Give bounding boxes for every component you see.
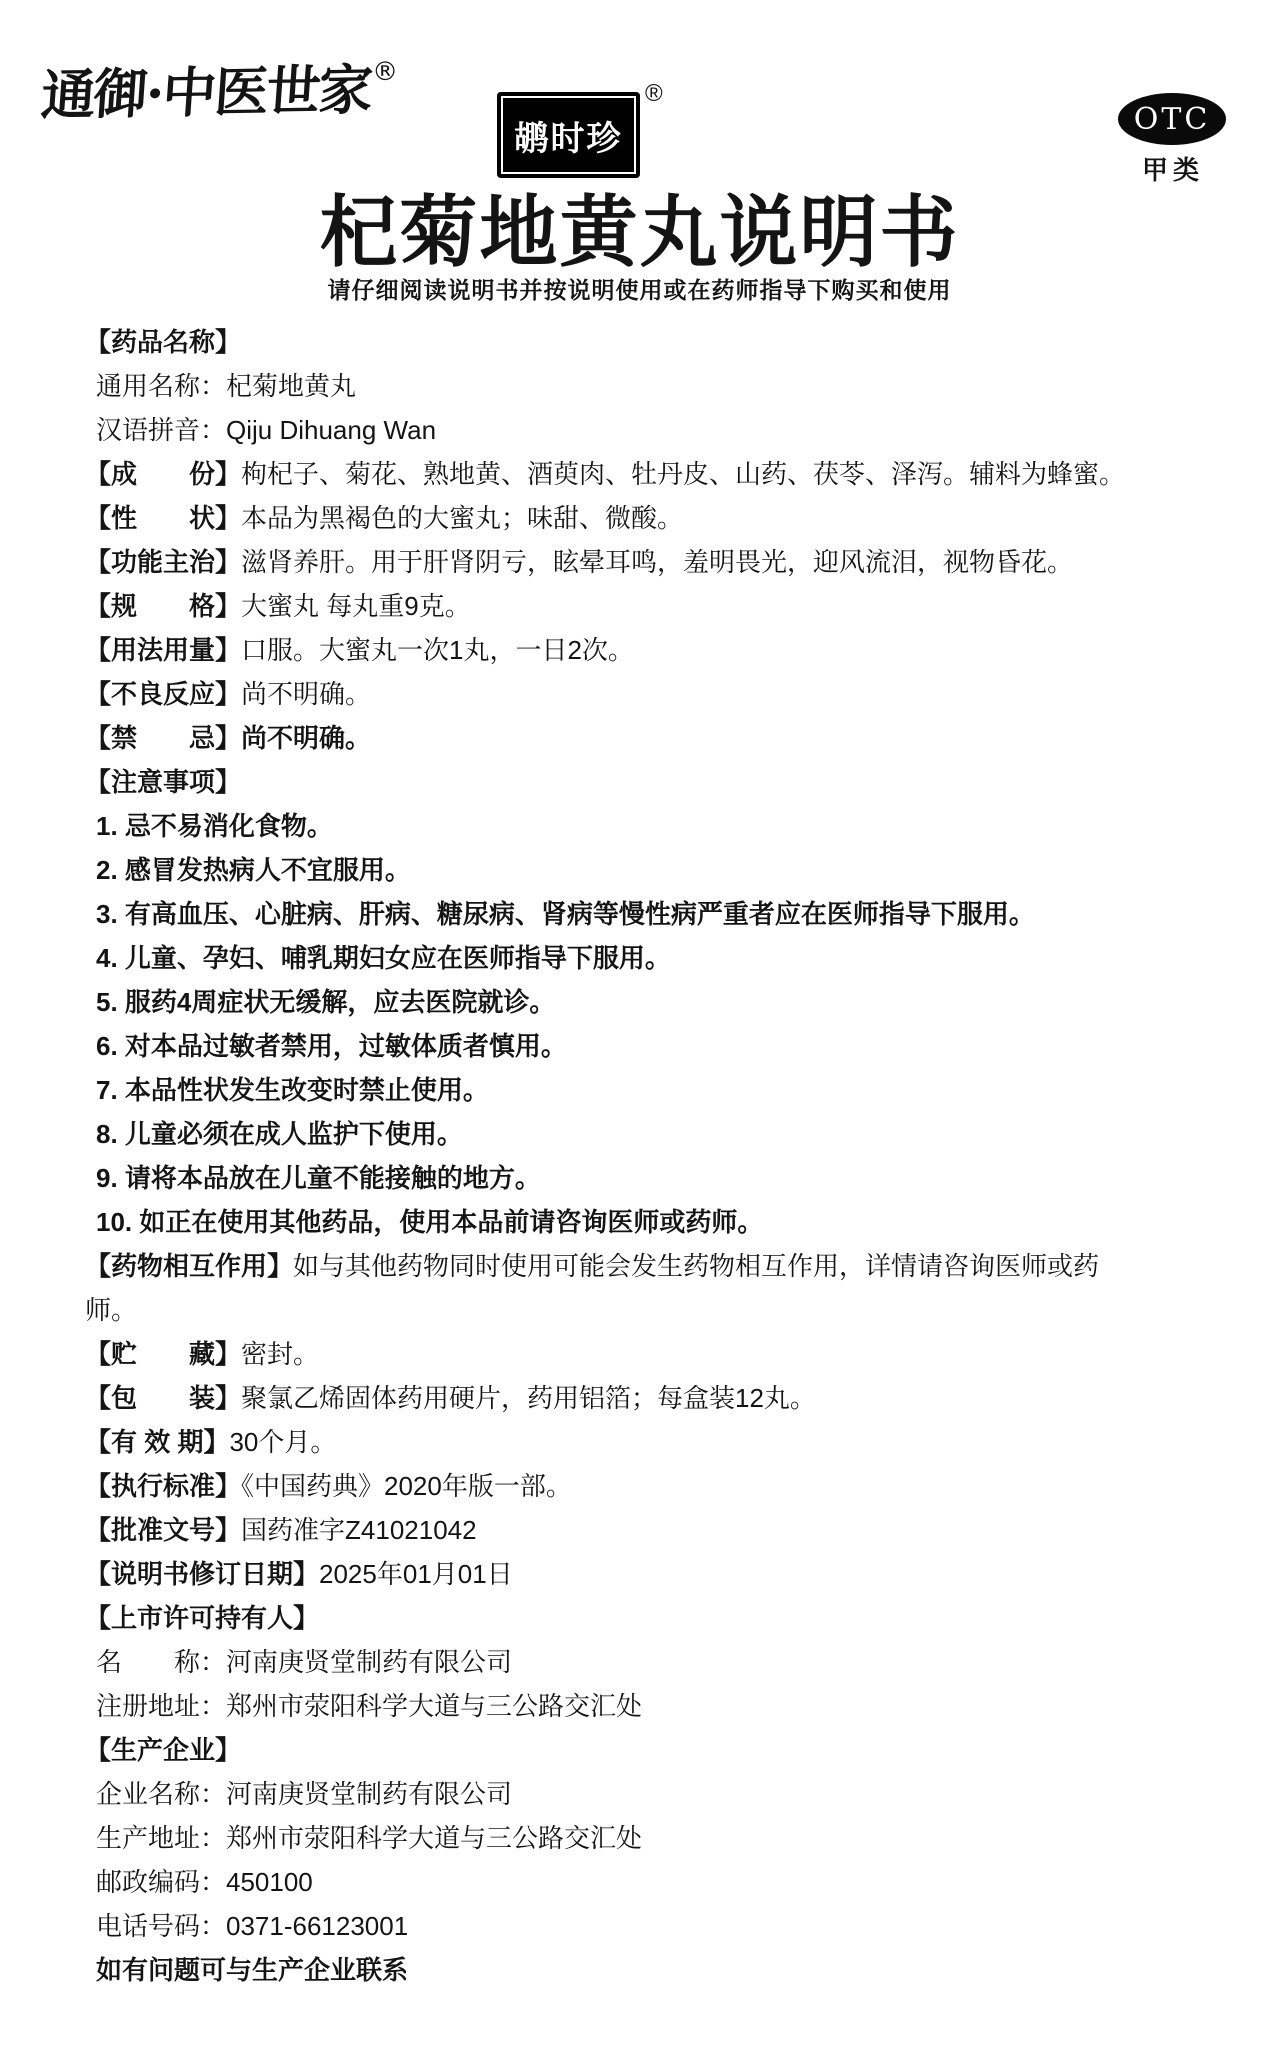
document-line: 邮政编码：450100 bbox=[85, 1860, 1245, 1904]
document-body: 【药品名称】通用名称：杞菊地黄丸汉语拼音：Qiju Dihuang Wan【成 … bbox=[85, 320, 1245, 1992]
document-line: 【贮 藏】密封。 bbox=[85, 1332, 1245, 1376]
line-text: 尚不明确。 bbox=[241, 679, 371, 709]
document-line: 企业名称：河南庚贤堂制药有限公司 bbox=[85, 1772, 1245, 1816]
section-label: 【性 状】 bbox=[85, 503, 241, 533]
document-line: 【禁 忌】尚不明确。 bbox=[85, 716, 1245, 760]
document-line: 【功能主治】滋肾养肝。用于肝肾阴亏，眩晕耳鸣，羞明畏光，迎风流泪，视物昏花。 bbox=[85, 540, 1245, 584]
document-line: 生产地址：郑州市荥阳科学大道与三公路交汇处 bbox=[85, 1816, 1245, 1860]
document-line: 汉语拼音：Qiju Dihuang Wan bbox=[85, 408, 1245, 452]
document-line: 【药品名称】 bbox=[85, 320, 1245, 364]
section-label: 【执行标准】 bbox=[85, 1471, 241, 1501]
document-line: 2. 感冒发热病人不宜服用。 bbox=[85, 848, 1245, 892]
section-label: 【贮 藏】 bbox=[85, 1339, 241, 1369]
document-line: 【执行标准】《中国药典》2020年版一部。 bbox=[85, 1464, 1245, 1508]
line-text: 电话号码：0371-66123001 bbox=[96, 1911, 408, 1941]
line-text: 生产地址：郑州市荥阳科学大道与三公路交汇处 bbox=[96, 1823, 642, 1853]
line-text: 10. 如正在使用其他药品，使用本品前请咨询医师或药师。 bbox=[96, 1207, 763, 1237]
section-label: 【成 份】 bbox=[85, 459, 241, 489]
document-line: 如有问题可与生产企业联系 bbox=[85, 1948, 1245, 1992]
registered-trademark-icon: ® bbox=[645, 80, 663, 108]
line-text: 枸杞子、菊花、熟地黄、酒萸肉、牡丹皮、山药、茯苓、泽泻。辅料为蜂蜜。 bbox=[241, 459, 1125, 489]
document-line: 9. 请将本品放在儿童不能接触的地方。 bbox=[85, 1156, 1245, 1200]
document-line: 4. 儿童、孕妇、哺乳期妇女应在医师指导下服用。 bbox=[85, 936, 1245, 980]
plaque-frame: 鹕时珍 bbox=[497, 92, 640, 178]
line-text: 大蜜丸 每丸重9克。 bbox=[241, 591, 471, 621]
section-label: 【上市许可持有人】 bbox=[85, 1603, 319, 1633]
line-text: 密封。 bbox=[241, 1339, 319, 1369]
section-label: 【功能主治】 bbox=[85, 547, 241, 577]
line-text: 7. 本品性状发生改变时禁止使用。 bbox=[96, 1075, 489, 1105]
document-line: 【药物相互作用】如与其他药物同时使用可能会发生药物相互作用，详情请咨询医师或药 bbox=[85, 1244, 1245, 1288]
line-text: 通用名称：杞菊地黄丸 bbox=[96, 371, 356, 401]
line-text: 9. 请将本品放在儿童不能接触的地方。 bbox=[96, 1163, 541, 1193]
line-text: 国药准字Z41021042 bbox=[241, 1515, 477, 1545]
page-subtitle: 请仔细阅读说明书并按说明使用或在药师指导下购买和使用 bbox=[0, 272, 1279, 305]
line-text: 1. 忌不易消化食物。 bbox=[96, 811, 333, 841]
line-text: 8. 儿童必须在成人监护下使用。 bbox=[96, 1119, 463, 1149]
plaque-logo-text: 鹕时珍 bbox=[515, 111, 623, 160]
document-line: 【用法用量】口服。大蜜丸一次1丸，一日2次。 bbox=[85, 628, 1245, 672]
line-text: 如有问题可与生产企业联系 bbox=[96, 1955, 408, 1985]
line-text: 6. 对本品过敏者禁用，过敏体质者慎用。 bbox=[96, 1031, 567, 1061]
section-label: 【包 装】 bbox=[85, 1383, 241, 1413]
line-text: 2025年01月01日 bbox=[319, 1559, 513, 1589]
section-label: 【批准文号】 bbox=[85, 1515, 241, 1545]
document-line: 注册地址：郑州市荥阳科学大道与三公路交汇处 bbox=[85, 1684, 1245, 1728]
document-line: 【规 格】大蜜丸 每丸重9克。 bbox=[85, 584, 1245, 628]
document-line: 【有 效 期】30个月。 bbox=[85, 1420, 1245, 1464]
line-text: 聚氯乙烯固体药用硬片，药用铝箔；每盒装12丸。 bbox=[241, 1383, 816, 1413]
document-line: 通用名称：杞菊地黄丸 bbox=[85, 364, 1245, 408]
section-label: 【药品名称】 bbox=[85, 327, 241, 357]
page-title: 杞菊地黄丸说明书 bbox=[0, 170, 1279, 282]
line-text: 30个月。 bbox=[229, 1427, 336, 1457]
section-label: 【用法用量】 bbox=[85, 635, 241, 665]
section-label: 【规 格】 bbox=[85, 591, 241, 621]
section-label: 【生产企业】 bbox=[85, 1735, 241, 1765]
section-label: 【禁 忌】 bbox=[85, 723, 241, 753]
brand-name-text: 通御·中医世家 bbox=[39, 57, 373, 127]
document-line: 【不良反应】尚不明确。 bbox=[85, 672, 1245, 716]
section-label: 【说明书修订日期】 bbox=[85, 1559, 319, 1589]
line-text: 口服。大蜜丸一次1丸，一日2次。 bbox=[241, 635, 634, 665]
line-text: 师。 bbox=[85, 1295, 137, 1325]
otc-label: OTC bbox=[1134, 102, 1211, 137]
registered-trademark-icon: ® bbox=[372, 57, 399, 87]
document-line: 8. 儿童必须在成人监护下使用。 bbox=[85, 1112, 1245, 1156]
line-text: 汉语拼音：Qiju Dihuang Wan bbox=[96, 415, 436, 445]
line-text: 2. 感冒发热病人不宜服用。 bbox=[96, 855, 411, 885]
otc-oval-icon: OTC bbox=[1118, 93, 1226, 145]
line-text: 5. 服药4周症状无缓解，应去医院就诊。 bbox=[96, 987, 555, 1017]
line-text: 3. 有高血压、心脏病、肝病、糖尿病、肾病等慢性病严重者应在医师指导下服用。 bbox=[96, 899, 1035, 929]
document-line: 6. 对本品过敏者禁用，过敏体质者慎用。 bbox=[85, 1024, 1245, 1068]
document-line: 【生产企业】 bbox=[85, 1728, 1245, 1772]
line-text: 滋肾养肝。用于肝肾阴亏，眩晕耳鸣，羞明畏光，迎风流泪，视物昏花。 bbox=[241, 547, 1073, 577]
line-text: 尚不明确。 bbox=[241, 723, 371, 753]
document-line: 【成 份】枸杞子、菊花、熟地黄、酒萸肉、牡丹皮、山药、茯苓、泽泻。辅料为蜂蜜。 bbox=[85, 452, 1245, 496]
document-line: 名 称：河南庚贤堂制药有限公司 bbox=[85, 1640, 1245, 1684]
section-label: 【药物相互作用】 bbox=[85, 1251, 293, 1281]
document-line: 3. 有高血压、心脏病、肝病、糖尿病、肾病等慢性病严重者应在医师指导下服用。 bbox=[85, 892, 1245, 936]
document-line: 【性 状】本品为黑褐色的大蜜丸；味甜、微酸。 bbox=[85, 496, 1245, 540]
document-line: 师。 bbox=[85, 1288, 1245, 1332]
line-text: 注册地址：郑州市荥阳科学大道与三公路交汇处 bbox=[96, 1691, 642, 1721]
document-line: 10. 如正在使用其他药品，使用本品前请咨询医师或药师。 bbox=[85, 1200, 1245, 1244]
document-line: 【说明书修订日期】2025年01月01日 bbox=[85, 1552, 1245, 1596]
line-text: 邮政编码：450100 bbox=[96, 1867, 313, 1897]
line-text: 《中国药典》2020年版一部。 bbox=[241, 1471, 572, 1501]
document-line: 5. 服药4周症状无缓解，应去医院就诊。 bbox=[85, 980, 1245, 1024]
document-line: 【上市许可持有人】 bbox=[85, 1596, 1245, 1640]
document-line: 7. 本品性状发生改变时禁止使用。 bbox=[85, 1068, 1245, 1112]
section-label: 【有 效 期】 bbox=[85, 1427, 229, 1457]
document-line: 1. 忌不易消化食物。 bbox=[85, 804, 1245, 848]
document-line: 【注意事项】 bbox=[85, 760, 1245, 804]
section-label: 【不良反应】 bbox=[85, 679, 241, 709]
line-text: 4. 儿童、孕妇、哺乳期妇女应在医师指导下服用。 bbox=[96, 943, 671, 973]
document-line: 电话号码：0371-66123001 bbox=[85, 1904, 1245, 1948]
brand-calligraphy-logo: 通御·中医世家® bbox=[39, 47, 400, 130]
document-line: 【包 装】聚氯乙烯固体药用硬片，药用铝箔；每盒装12丸。 bbox=[85, 1376, 1245, 1420]
document-line: 【批准文号】国药准字Z41021042 bbox=[85, 1508, 1245, 1552]
line-text: 如与其他药物同时使用可能会发生药物相互作用，详情请咨询医师或药 bbox=[293, 1251, 1099, 1281]
section-label: 【注意事项】 bbox=[85, 767, 241, 797]
line-text: 企业名称：河南庚贤堂制药有限公司 bbox=[96, 1779, 512, 1809]
line-text: 名 称：河南庚贤堂制药有限公司 bbox=[96, 1647, 512, 1677]
line-text: 本品为黑褐色的大蜜丸；味甜、微酸。 bbox=[241, 503, 683, 533]
